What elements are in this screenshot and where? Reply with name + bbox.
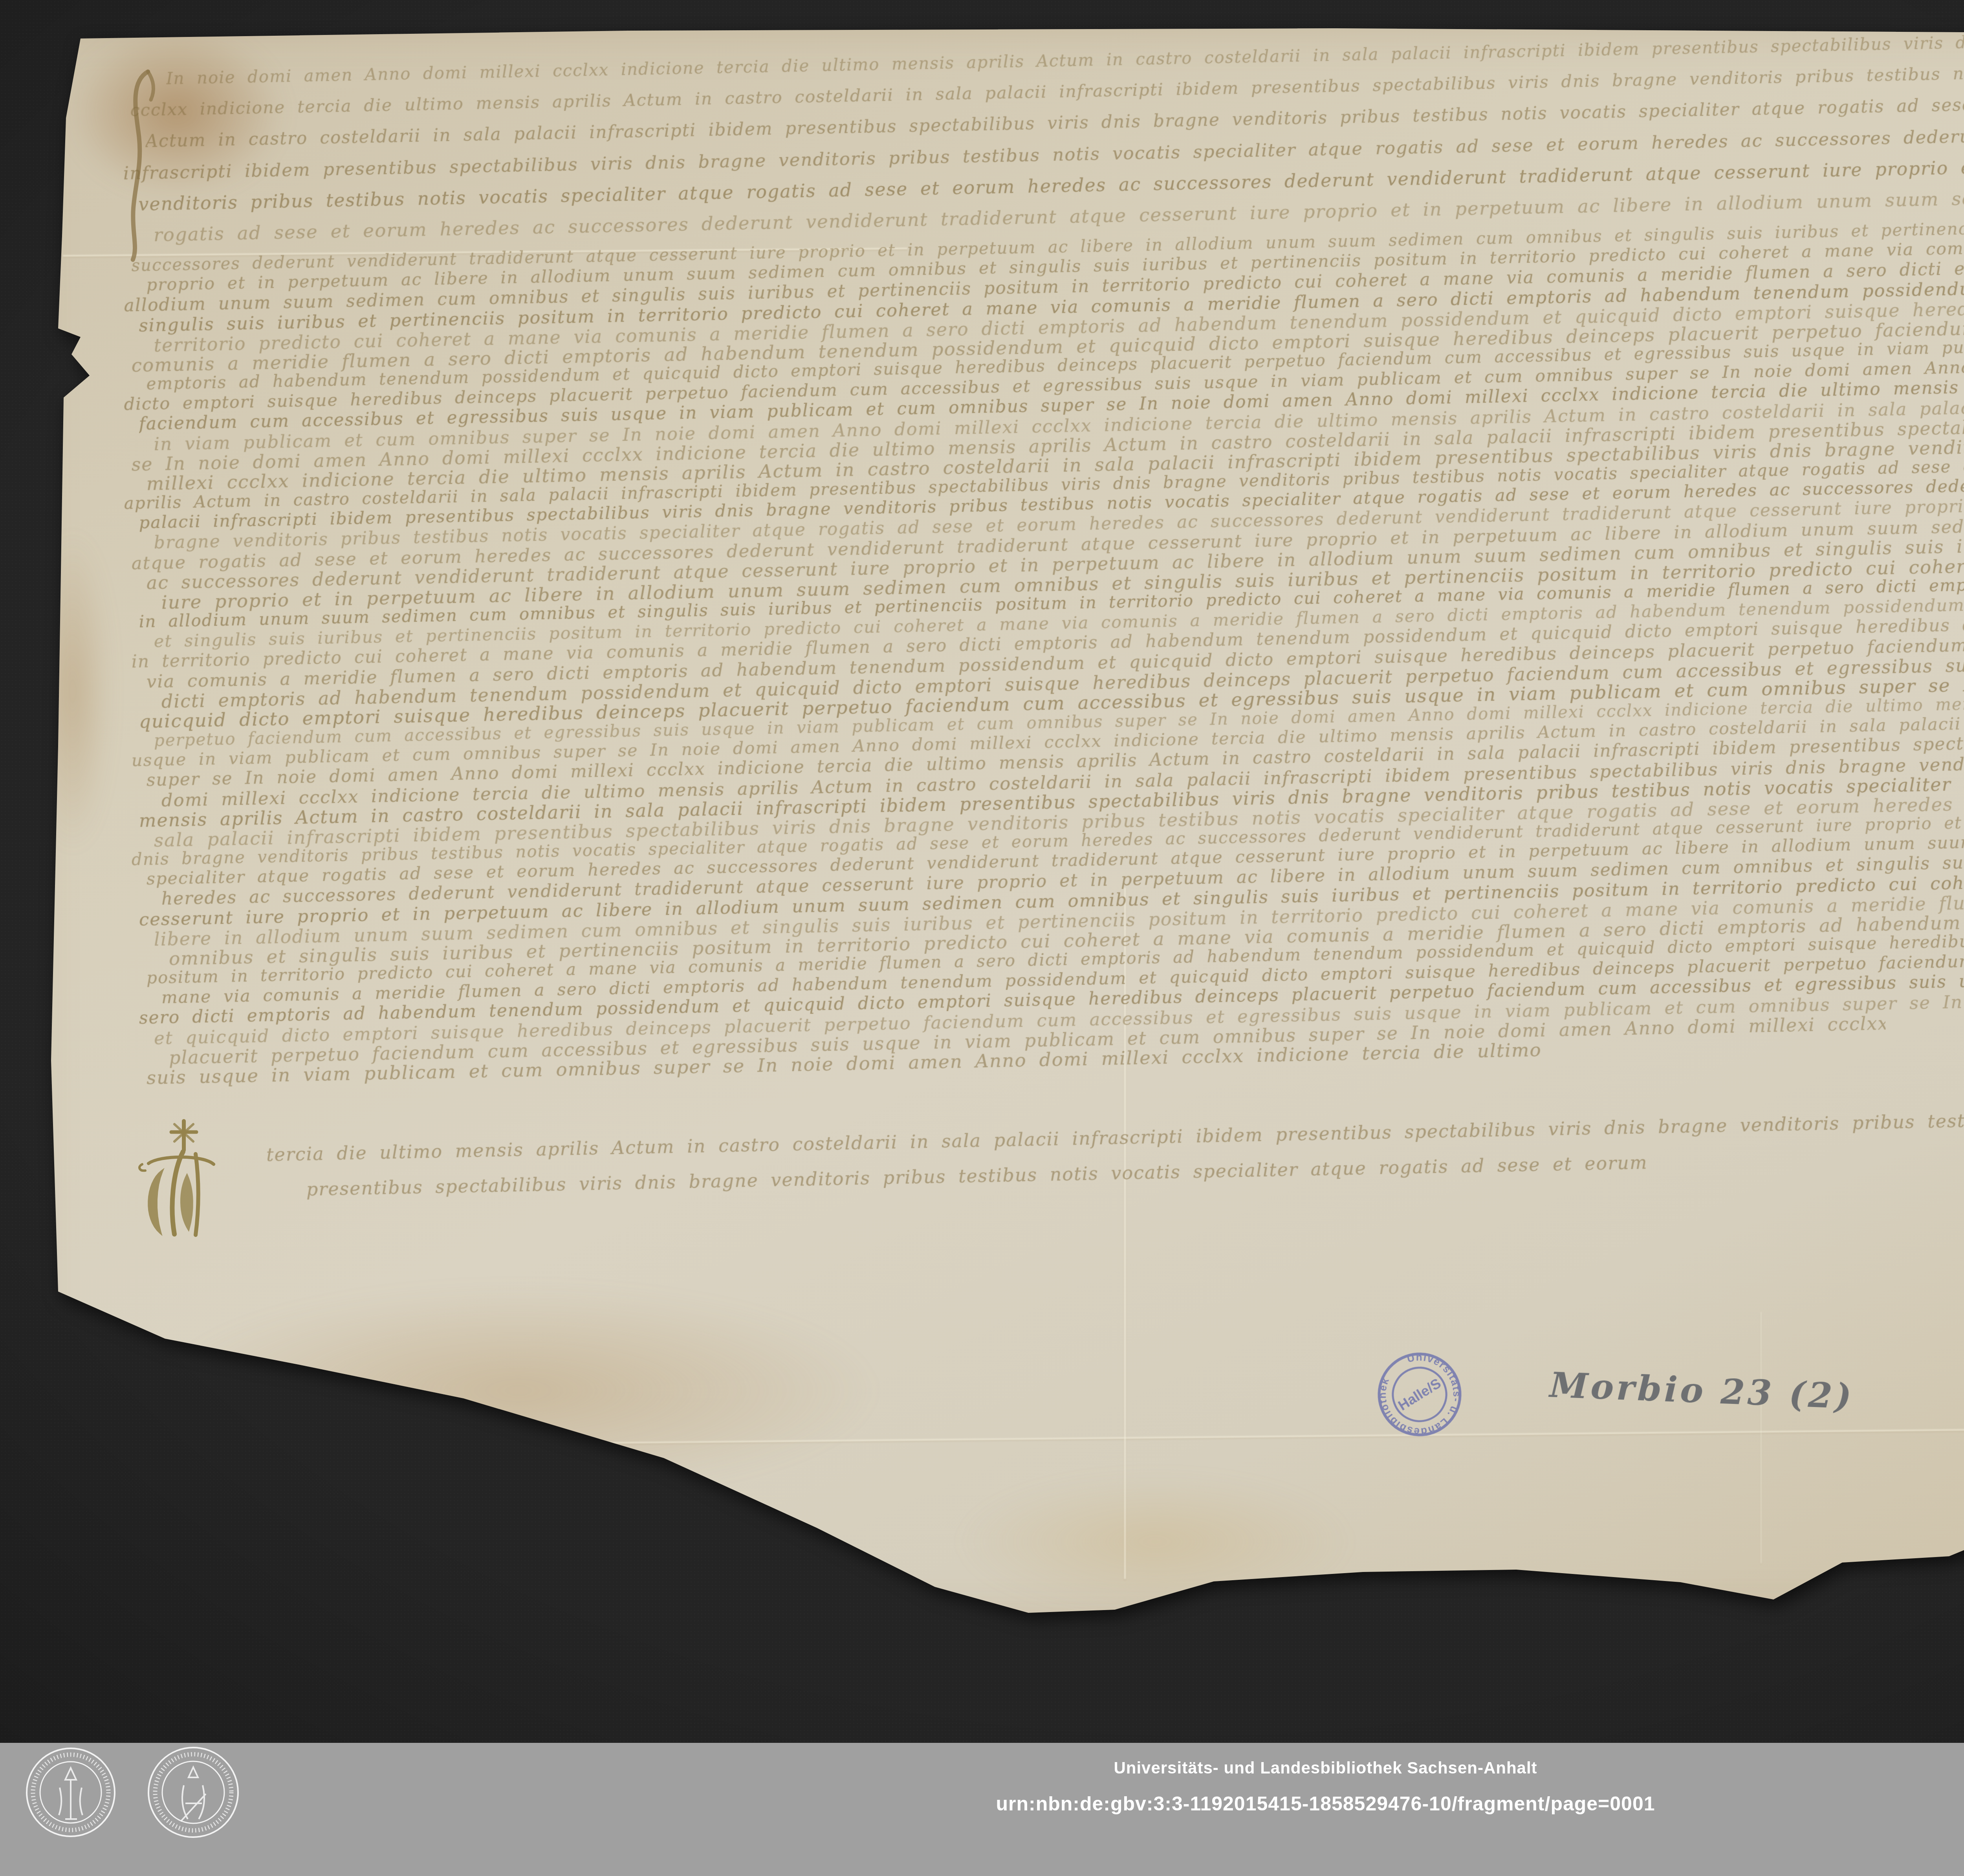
parchment-wrapper: In noie domi amen Anno domi millexi cccl…	[0, 0, 1964, 1650]
manuscript-line: tercia die ultimo mensis aprilis Actum i…	[266, 1105, 1964, 1167]
footer-bar: Universitäts- und Landesbibliothek Sachs…	[0, 1743, 1964, 1876]
digitized-charter-photo: In noie domi amen Anno domi millexi cccl…	[0, 0, 1964, 1876]
notary-signum	[137, 1116, 231, 1238]
parchment-document: In noie domi amen Anno domi millexi cccl…	[0, 0, 1964, 1650]
stamp-center-text: Halle/S	[1395, 1375, 1444, 1413]
institution-title: Universitäts- und Landesbibliothek Sachs…	[0, 1759, 1964, 1777]
fold-crease	[1761, 1312, 1762, 1563]
manuscript-text-block: In noie domi amen Anno domi millexi cccl…	[115, 17, 1964, 1261]
urn-identifier: urn:nbn:de:gbv:3:3-1192015415-1858529476…	[0, 1792, 1964, 1815]
